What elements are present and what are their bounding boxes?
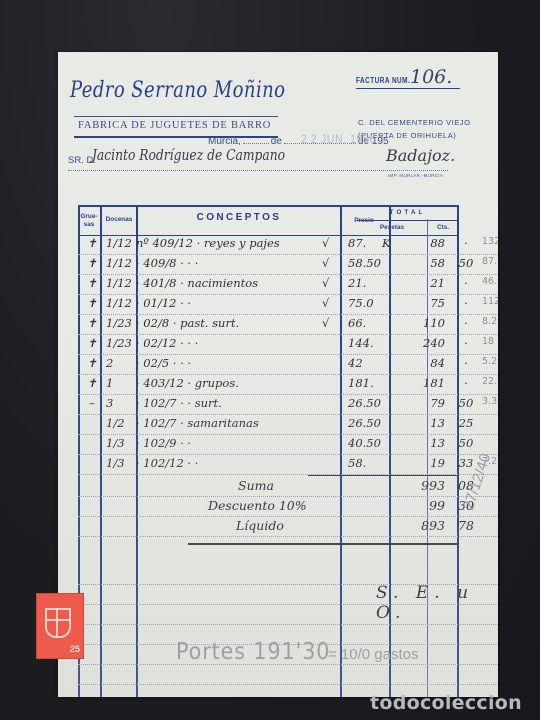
table-row: 1/3 · 102/9 · · 40.50 13 50	[78, 435, 498, 455]
table-row: ✝ 1/12 · 401/8 · nacimientos √ 21. 21 · …	[78, 275, 498, 295]
header-gruesas: Grue-sas	[78, 213, 100, 229]
divider	[74, 116, 278, 117]
header-conceptos: CONCEPTOS	[138, 214, 340, 222]
invoice-table: Grue-sas Docenas CONCEPTOS Precio TOTAL …	[78, 205, 458, 697]
divider	[308, 475, 458, 476]
pencil-note-calc: = 10/0 gastos	[328, 646, 418, 663]
shield-icon	[45, 608, 71, 638]
watermark: todocoleccion	[370, 692, 522, 714]
printer-note: IMP. MURLAR.-MURCIA	[388, 173, 443, 178]
divider	[68, 170, 448, 171]
table-row: ✝ 1/12 · 409/8 · · · √ 58.50 58 50 87.75	[78, 255, 498, 275]
summary-row-liquido: Líquido 893 78	[78, 517, 498, 537]
customer-name: Jacinto Rodríguez de Campano	[92, 146, 285, 164]
table-row: ✝ 1/23 · 02/12 · · · 144. 240 · 18	[78, 335, 498, 355]
header-cts: Cts.	[428, 224, 458, 232]
divider	[356, 88, 460, 89]
table-row: ✝ 1/12 · 01/12 · · √ 75.0 75 · 112.50	[78, 295, 498, 315]
company-subtitle: FABRICA DE JUGUETES DE BARRO	[78, 120, 271, 131]
pencil-note-portes: Portes 191'30	[176, 639, 330, 665]
address-line: C. DEL CEMENTERIO VIEJO	[358, 116, 470, 129]
table-row: ✝ 1 · 403/12 · grupos. 181. 181 · 22.65	[78, 375, 498, 395]
table-row: ✝ 1/12 nº 409/12 · reyes y pajes √ 87. K…	[78, 235, 498, 255]
summary-row-descuento: Descuento 10% 99 30	[78, 497, 498, 517]
table-header: Grue-sas Docenas CONCEPTOS Precio TOTAL …	[78, 205, 458, 236]
table-row: – 3 · 102/7 · · surt. 26.50 79 50 3.35	[78, 395, 498, 415]
header-pesetas: Pesetas	[357, 224, 427, 232]
closing-seuo: S. E. u O.	[376, 583, 498, 623]
table-row-empty	[78, 565, 498, 585]
header-total: TOTAL	[357, 209, 458, 217]
invoice-number: 106.	[410, 66, 452, 88]
stamp-value: 25	[70, 644, 80, 654]
summary-row-suma: Suma 993 08	[78, 477, 498, 497]
table-row: ✝ 2 · 02/5 · · · 42 84 · 5.25	[78, 355, 498, 375]
table-row: ✝ 1/23 · 02/8 · past. surt. √ 66. 110 · …	[78, 315, 498, 335]
stamp-icon: 25	[36, 593, 84, 659]
divider	[188, 543, 458, 545]
table-row-empty	[78, 665, 498, 685]
date-stamp: 2 2 JUN. 1956	[301, 132, 376, 146]
invoice-number-label: FACTURA NUM.	[356, 76, 410, 85]
table-row: 1/2 · 102/7 · samaritanas 26.50 13 25	[78, 415, 498, 435]
table-row: 1/3 · 102/12 · · 58. 19 33 7.25	[78, 455, 498, 475]
company-name: Pedro Serrano Moñino	[70, 78, 285, 103]
header-docenas: Docenas	[102, 216, 136, 224]
divider	[357, 220, 458, 221]
customer-city: Badajoz.	[386, 146, 455, 165]
invoice-document: Pedro Serrano Moñino FABRICA DE JUGUETES…	[58, 52, 498, 697]
